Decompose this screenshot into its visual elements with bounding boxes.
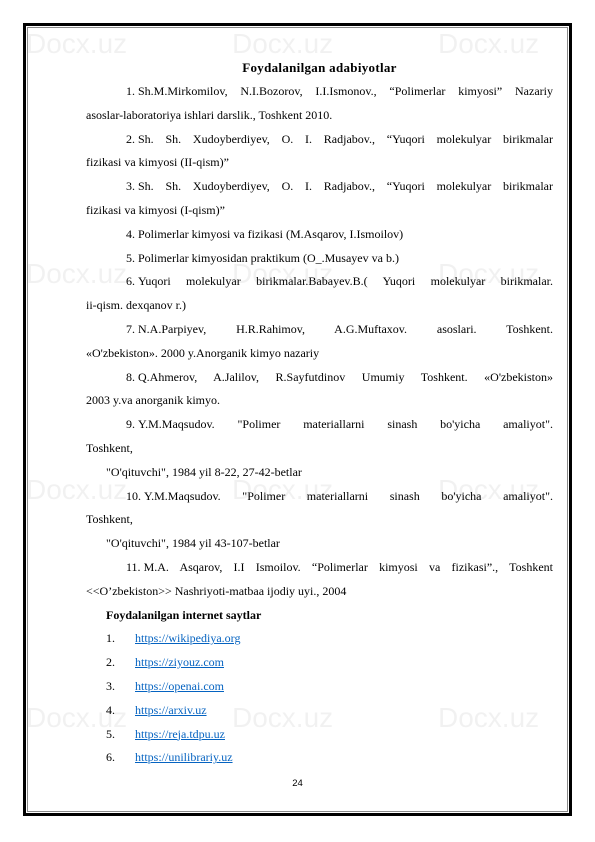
internet-link[interactable]: https://wikipediya.org [135,631,240,645]
document-body: Foydalanilgan adabiyotlar 1. Sh.M.Mirkom… [86,56,553,770]
reference-item: 11. M.A. Asqarov, I.I Ismoilov. “Polimer… [86,556,553,580]
reference-text: N.A.Parpiyev, H.R.Rahimov, A.G.Muftaxov.… [138,322,553,336]
reference-number: 1. [106,80,138,104]
reference-number: 8. [106,366,138,390]
page-number: 24 [0,778,595,789]
reference-text: Yuqori molekulyar birikmalar.Babayev.B.(… [138,274,553,288]
page-title: Foydalanilgan adabiyotlar [86,56,553,80]
internet-link-item: 3.https://openai.com [86,675,553,699]
internet-link-item: 1.https://wikipediya.org [86,627,553,651]
reference-item: 7. N.A.Parpiyev, H.R.Rahimov, A.G.Muftax… [86,318,553,342]
internet-link[interactable]: https://ziyouz.com [135,655,224,669]
reference-item: 10. Y.M.Maqsudov. "Polimer materiallarni… [86,485,553,509]
reference-text-continued: asoslar-laboratoriya ishlari darslik., T… [86,104,553,128]
reference-text: Sh. Sh. Xudoyberdiyev, O. I. Radjabov., … [138,179,553,193]
reference-number: 7. [106,318,138,342]
reference-item: 9. Y.M.Maqsudov. "Polimer materiallarni … [86,413,553,437]
reference-list: 1. Sh.M.Mirkomilov, N.I.Bozorov, I.I.Ism… [86,80,553,604]
link-number: 4. [106,699,135,723]
reference-item: 8. Q.Ahmerov, A.Jalilov, R.Sayfutdinov U… [86,366,553,390]
internet-link-item: 6.https://unilibrariy.uz [86,746,553,770]
internet-link[interactable]: https://unilibrariy.uz [135,750,233,764]
reference-number: 6. [106,270,138,294]
reference-number: 9. [106,413,138,437]
reference-number: 5. [106,247,138,271]
reference-text: Y.M.Maqsudov. "Polimer materiallarni sin… [138,417,553,431]
reference-text-continued: fizikasi va kimyosi (I-qism)” [86,199,553,223]
reference-number: 4. [106,223,138,247]
reference-text-continued: ii-qism. dexqanov r.) [86,294,553,318]
reference-text: Y.M.Maqsudov. "Polimer materiallarni sin… [144,489,553,503]
reference-number: 3. [106,175,138,199]
reference-item: 4. Polimerlar kimyosi va fizikasi (M.Asq… [86,223,553,247]
internet-link[interactable]: https://reja.tdpu.uz [135,727,225,741]
reference-publisher-line: "O'qituvchi", 1984 yil 43-107-betlar [86,532,553,556]
reference-number: 10. [106,485,144,509]
reference-text-continued: Toshkent, [86,508,553,532]
reference-text-continued: «O'zbekiston». 2000 y.Anorganik kimyo na… [86,342,553,366]
reference-text: M.A. Asqarov, I.I Ismoilov. “Polimerlar … [144,560,553,574]
reference-number: 2. [106,128,138,152]
reference-text-continued: <<O’zbekiston>> Nashriyoti-matbaa ijodiy… [86,580,553,604]
internet-link[interactable]: https://openai.com [135,679,224,693]
link-number: 2. [106,651,135,675]
reference-text: Sh.M.Mirkomilov, N.I.Bozorov, I.I.Ismono… [138,84,553,98]
reference-text: Polimerlar kimyosidan praktikum (O_.Musa… [138,251,399,265]
reference-item: 6. Yuqori molekulyar birikmalar.Babayev.… [86,270,553,294]
reference-text-continued: Toshkent, [86,437,553,461]
reference-number: 11. [106,556,144,580]
internet-link-item: 5.https://reja.tdpu.uz [86,723,553,747]
reference-item: 3. Sh. Sh. Xudoyberdiyev, O. I. Radjabov… [86,175,553,199]
internet-link[interactable]: https://arxiv.uz [135,703,207,717]
internet-link-item: 2.https://ziyouz.com [86,651,553,675]
link-number: 3. [106,675,135,699]
internet-sites-heading: Foydalanilgan internet saytlar [86,604,553,628]
reference-item: 1. Sh.M.Mirkomilov, N.I.Bozorov, I.I.Ism… [86,80,553,104]
reference-text-continued: fizikasi va kimyosi (II-qism)” [86,151,553,175]
reference-item: 2. Sh. Sh. Xudoyberdiyev, O. I. Radjabov… [86,128,553,152]
internet-link-item: 4.https://arxiv.uz [86,699,553,723]
reference-text: Sh. Sh. Xudoyberdiyev, O. I. Radjabov., … [138,132,553,146]
link-number: 5. [106,723,135,747]
reference-text: Q.Ahmerov, A.Jalilov, R.Sayfutdinov Umum… [138,370,553,384]
reference-item: 5. Polimerlar kimyosidan praktikum (O_.M… [86,247,553,271]
reference-text-continued: 2003 y.va anorganik kimyo. [86,389,553,413]
reference-publisher-line: "O'qituvchi", 1984 yil 8-22, 27-42-betla… [86,461,553,485]
link-number: 1. [106,627,135,651]
reference-text: Polimerlar kimyosi va fizikasi (M.Asqaro… [138,227,403,241]
link-number: 6. [106,746,135,770]
internet-links-list: 1.https://wikipediya.org2.https://ziyouz… [86,627,553,770]
